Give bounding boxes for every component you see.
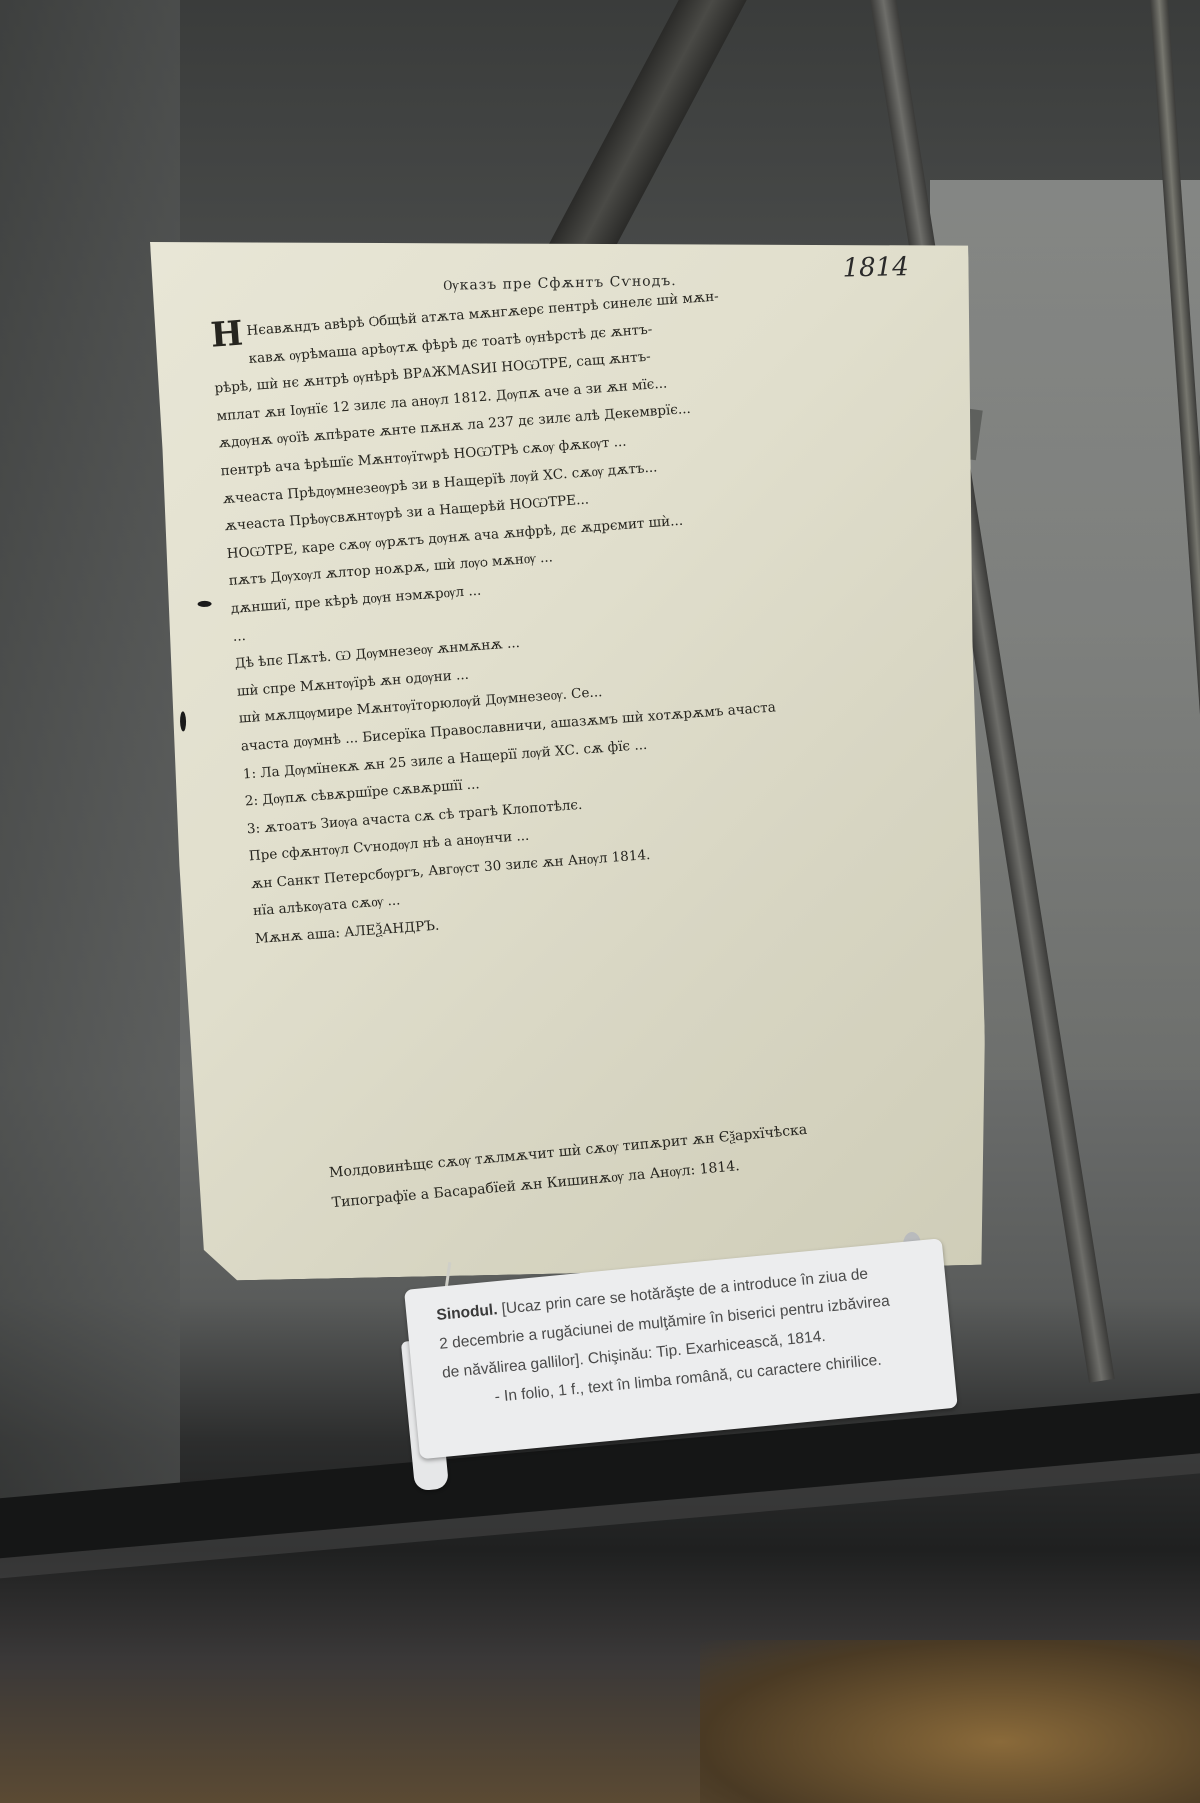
ink-stain <box>180 711 186 731</box>
document-imprint: Молдовинѣщє сѫѹ тѫлмѫчит шѝ сѫѹ типѫрит … <box>328 1107 899 1218</box>
label-title: Sinodul. <box>436 1301 498 1324</box>
document-body: ННєавѫндъ авѣрѣ Ѻбщѣй атѫта мѫнгѫерє пен… <box>210 270 945 953</box>
background-wall <box>0 0 180 1500</box>
dropcap: Н <box>210 318 244 350</box>
historic-document: 1814 Ѹказъ пре Сфѫнтъ Сѵнодъ. ННєавѫндъ … <box>150 225 990 1282</box>
ink-stain <box>198 601 212 607</box>
wooden-floor <box>700 1640 1200 1803</box>
